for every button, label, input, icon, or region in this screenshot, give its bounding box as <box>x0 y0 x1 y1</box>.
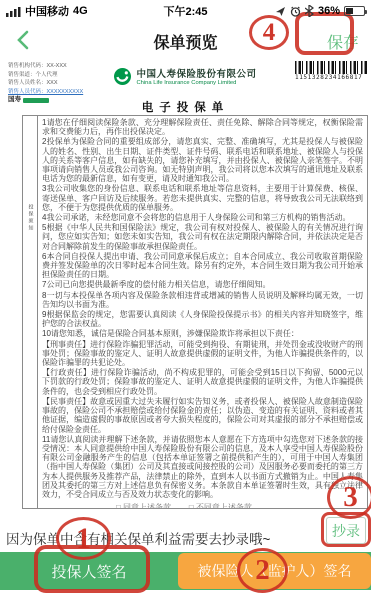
document-title: 电子投保单 <box>0 99 371 115</box>
notice-paragraph: 【刑事责任】进行保险诈骗犯罪活动，可能受到拘役、有期徒刑，并处罚金或没收财产的刑… <box>42 340 363 368</box>
notice-paragraph: 【行政责任】进行保险诈骗活动，尚不构成犯罪的，可能会受到15日以下拘留、5000… <box>42 368 363 396</box>
battery-icon <box>344 6 365 16</box>
transcribe-button[interactable]: 抄录 <box>326 517 366 544</box>
policy-preview-screen: 中国移动 4G 下午2:45 36% 保单预览 保存 <box>0 0 371 600</box>
notice-paragraph: 11请您认真阅读并理解下述条款，并请依照您本人意愿在下方选项中勾选您对下述条款的… <box>42 435 363 499</box>
notice-paragraph: 9根据保监会的规定，您需要认真阅读《人身保险投保提示书》的相关内容并知晓签字，维… <box>42 310 363 328</box>
notices-side-column: 投保须知 <box>23 116 38 508</box>
notice-paragraph: 2投保单为保险合同的重要组成部分，请您真实、完整、准确填写，尤其是投保人与被保险… <box>42 137 363 183</box>
notice-paragraph: 1请您在仔细阅读保险条款、充分理解保险责任、责任免除、解除合同等规定，权衡保险需… <box>42 118 363 136</box>
status-bar: 中国移动 4G 下午2:45 36% <box>0 0 371 22</box>
notices-table: 投保须知 1请您在仔细阅读保险条款、充分理解保险责任、责任免除、解除合同等规定，… <box>22 115 368 509</box>
side-label: 投保须知 <box>28 204 35 232</box>
transcribe-hint-text: 因为保单中含有相关保单利益需要去抄录哦~ <box>6 528 270 548</box>
applicant-sign-button[interactable]: 投保人签名 <box>0 552 178 590</box>
notice-paragraph: 7公司已向您提供最新季度的偿付能力相关信息，请您仔细阅知。 <box>42 280 363 289</box>
barcode-block: 1151328234166817 <box>295 61 367 81</box>
consent-checkboxes[interactable]: □ 同意上述条款 □ 不同意上述条款 <box>116 503 359 508</box>
notice-paragraph: 【民事责任】故意或因重大过失未履行如实告知义务，或者投保人、被保险人故意制造保险… <box>42 397 363 434</box>
battery-percent-label: 36% <box>318 5 340 17</box>
bottom-action-bar: 投保人签名 被保险人（监护人）签名 <box>0 552 371 590</box>
china-life-logo-icon <box>114 68 131 85</box>
save-button[interactable]: 保存 <box>327 30 359 53</box>
insured-sign-button[interactable]: 被保险人（监护人）签名 <box>178 553 371 589</box>
notice-paragraph: 6本合同自投保人提出申请、我公司同意承保后成立；自本合同成立、我公司收取首期保险… <box>42 252 363 280</box>
notice-paragraph: 10请您知悉，诚信是保险合同基本原则，涉嫌保险欺诈将承担以下责任： <box>42 329 363 338</box>
bluetooth-icon <box>305 5 314 17</box>
nav-bar: 保单预览 保存 <box>0 22 371 58</box>
meta-line: 销售人员代码：XXXXXXXXXX <box>8 88 126 97</box>
notice-paragraph: 8一切与本投保单各项内容及保险条款相违背或增减的销售人员说明及解释均属无效，一切… <box>42 291 363 309</box>
company-name-cn: 中国人寿保险股份有限公司 <box>136 66 256 80</box>
notice-paragraph: 3我公司收集您的身份信息、联系电话和联系地址等信息资料，主要用于计算保费、核保、… <box>42 184 363 212</box>
barcode-icon <box>295 61 367 74</box>
notice-paragraph: 5根据《中华人民共和国保险法》规定，我公司有权对投保人、被保险人的有关情况进行询… <box>42 223 363 251</box>
company-name-en: China Life Insurance Company Limited <box>136 80 256 86</box>
page-title: 保单预览 <box>0 30 371 53</box>
notice-paragraph: 4我公司承诺，未经您同意不会将您的信息用于人身保险公司和第三方机构的销售活动。 <box>42 213 363 222</box>
barcode-number: 1151328234166817 <box>295 74 367 81</box>
location-arrow-icon <box>275 6 286 17</box>
alarm-clock-icon <box>290 6 301 17</box>
notices-content: 1请您在仔细阅读保险条款、充分理解保险责任、责任免除、解除合同等规定，权衡保险需… <box>38 116 367 508</box>
